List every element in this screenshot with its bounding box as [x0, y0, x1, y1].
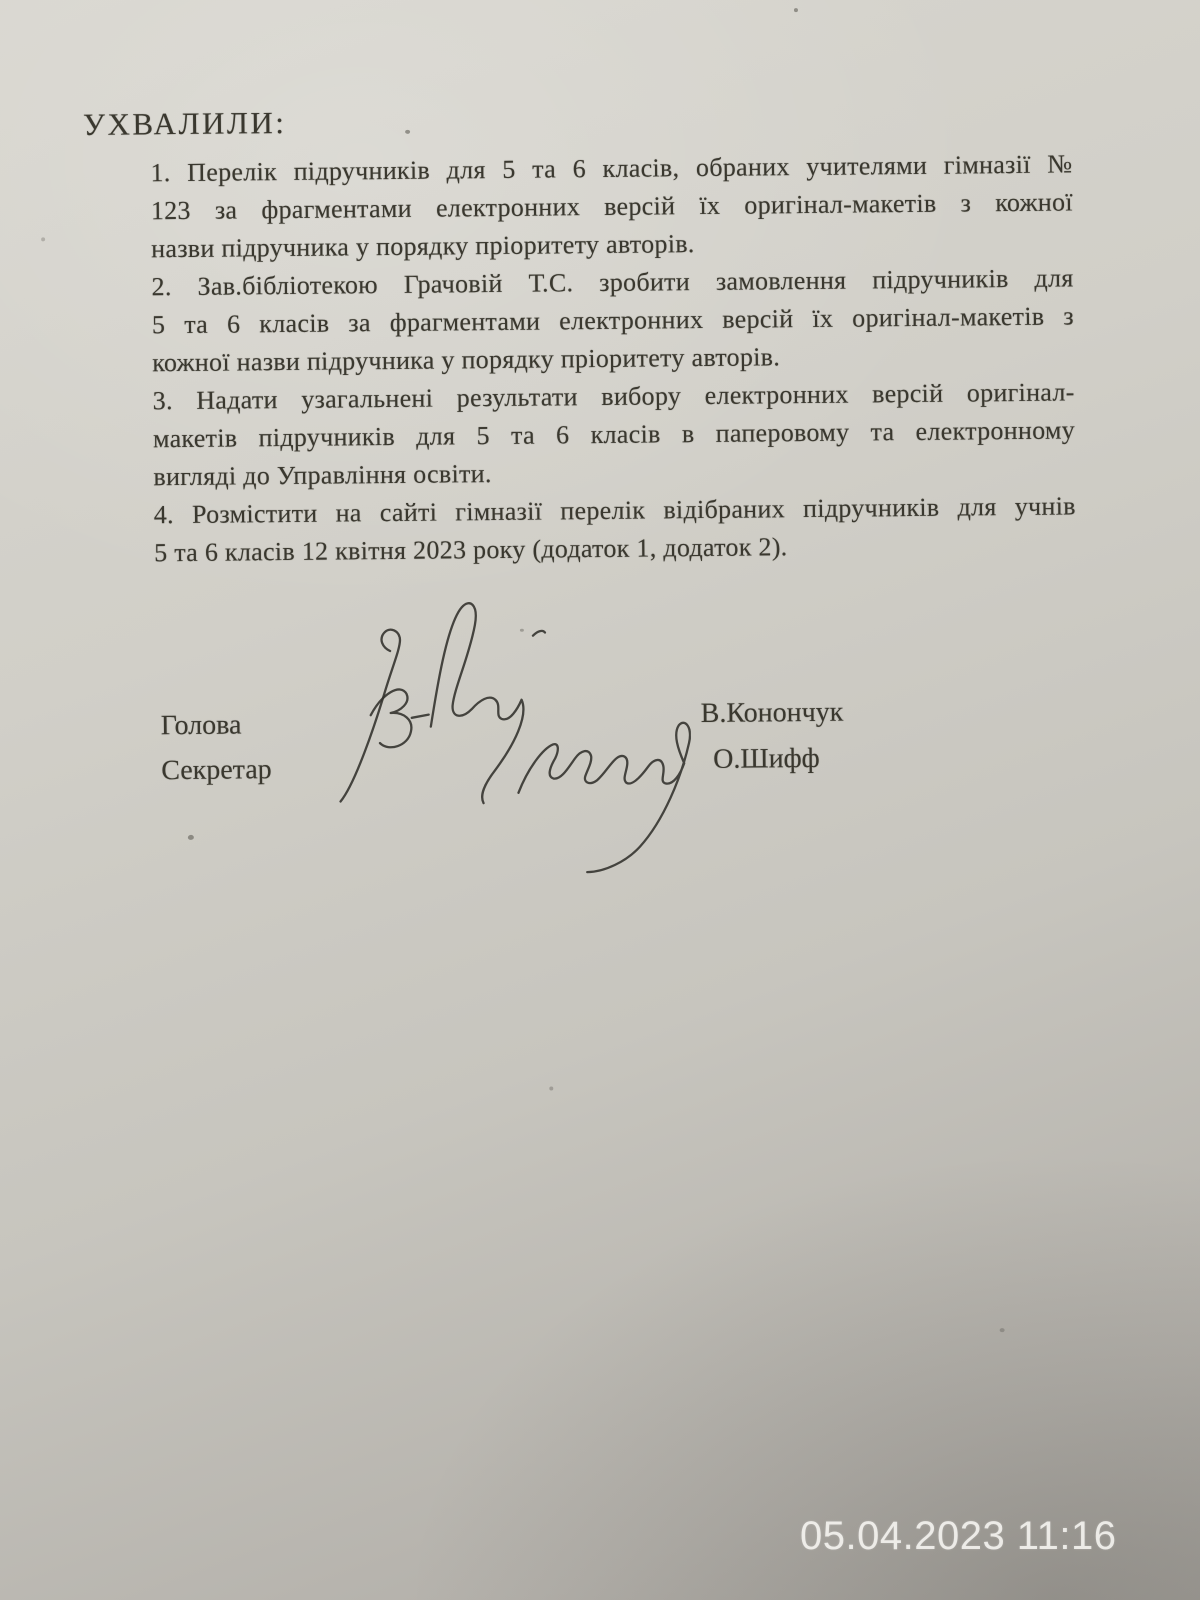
camera-timestamp: 05.04.2023 11:16: [800, 1514, 1116, 1559]
photo-speck: [549, 1086, 553, 1090]
photo-speck: [1000, 1328, 1005, 1332]
resolution-line: 5 та 6 класів 12 квітня 2023 року (додат…: [154, 525, 1076, 572]
handwritten-signatures: [329, 584, 692, 882]
signatory-role: Голова: [161, 709, 242, 742]
photo-speck: [41, 237, 45, 241]
signatory-role: Секретар: [161, 754, 272, 787]
signatory-name: О.Шифф: [713, 743, 820, 776]
photo-speck: [794, 8, 798, 12]
resolution-list: 1. Перелік підручників для 5 та 6 класів…: [150, 145, 1076, 572]
photo-speck: [520, 629, 524, 632]
document-heading: УХВАЛИЛИ:: [83, 105, 287, 143]
photo-speck: [405, 130, 410, 134]
document-page: УХВАЛИЛИ: 1. Перелік підручників для 5 т…: [0, 0, 1200, 1600]
photo-speck: [188, 835, 194, 840]
signatory-name: В.Конончук: [701, 697, 844, 730]
